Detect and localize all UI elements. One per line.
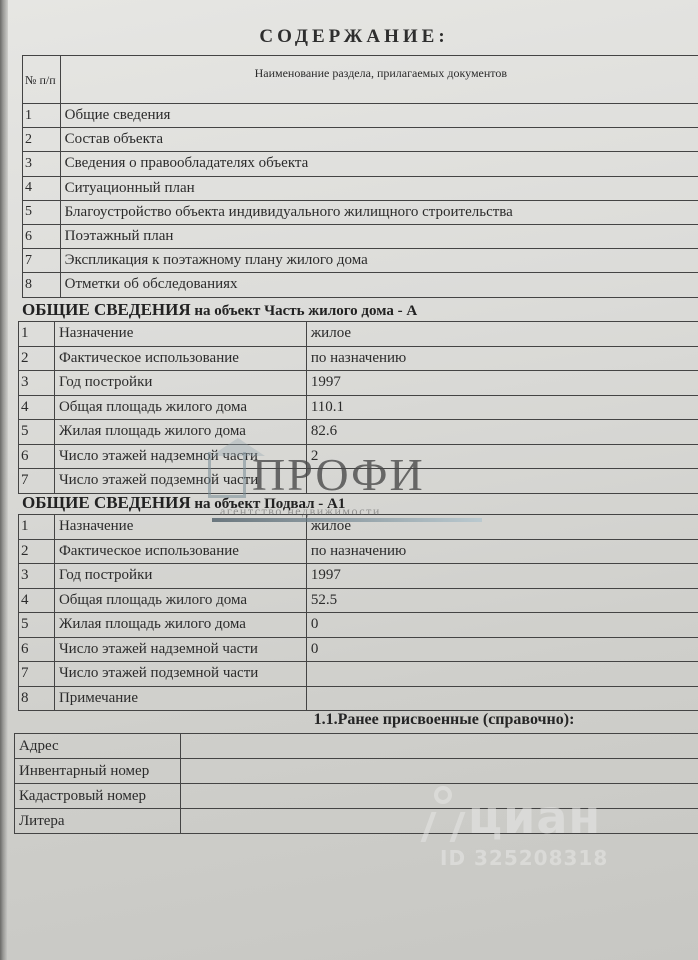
contents-header-name: Наименование раздела, прилагаемых докуме… [60,56,698,104]
row-label: Жилая площадь жилого дома [54,613,306,638]
section-a-row: 7 Число этажей подземной части [19,469,698,494]
contents-row: 1 Общие сведения [23,104,698,128]
section-a-row: 6 Число этажей надземной части 2 [19,444,698,469]
previously-assigned-row: Инвентарный номер [15,759,698,784]
contents-num: 7 [23,249,61,273]
contents-row: 2 Состав объекта [23,128,698,152]
row-value [306,469,698,494]
previously-assigned-row: Адрес [15,734,698,759]
row-num: 6 [19,637,55,662]
row-label: Общая площадь жилого дома [54,395,306,420]
contents-name: Ситуационный план [60,176,698,200]
row-num: 7 [19,469,55,494]
row-num: 1 [19,322,55,347]
page-left-edge [0,0,8,960]
contents-name: Состав объекта [60,128,698,152]
row-value [306,686,698,711]
row-label: Число этажей надземной части [54,637,306,662]
row-value: 0 [306,637,698,662]
section-a1-row: 7 Число этажей подземной части [19,662,698,687]
row-label: Назначение [54,515,306,540]
section-a-row: 5 Жилая площадь жилого дома 82.6 [19,420,698,445]
row-label: Кадастровый номер [15,784,181,809]
row-label: Жилая площадь жилого дома [54,420,306,445]
contents-num: 2 [23,128,61,152]
row-value: 1997 [306,371,698,396]
row-label: Число этажей подземной части [54,662,306,687]
row-num: 6 [19,444,55,469]
row-num: 4 [19,395,55,420]
section-a1-row: 8 Примечание [19,686,698,711]
contents-row: 6 Поэтажный план [23,224,698,248]
row-num: 8 [19,686,55,711]
contents-row: 5 Благоустройство объекта индивидуальног… [23,200,698,224]
contents-row: 8 Отметки об обследованиях [23,273,698,297]
document-title: СОДЕРЖАНИЕ: [10,26,698,48]
contents-header-row: № п/п Наименование раздела, прилагаемых … [23,56,698,104]
contents-row: 3 Сведения о правообладателях объекта [23,152,698,176]
row-label: Адрес [15,734,181,759]
row-value: 2 [306,444,698,469]
document-page: СОДЕРЖАНИЕ: № п/п Наименование раздела, … [10,0,698,960]
row-value [181,734,698,759]
row-label: Год постройки [54,564,306,589]
row-value: 1997 [306,564,698,589]
contents-name: Экспликация к поэтажному плану жилого до… [60,249,698,273]
contents-num: 6 [23,224,61,248]
row-value: по назначению [306,539,698,564]
section-a-table: 1 Назначение жилое 2 Фактическое использ… [18,321,698,494]
row-label: Фактическое использование [54,346,306,371]
row-label: Год постройки [54,371,306,396]
section-a1-table: 1 Назначение жилое 2 Фактическое использ… [18,514,698,711]
row-num: 2 [19,346,55,371]
contents-name: Отметки об обследованиях [60,273,698,297]
row-value: 52.5 [306,588,698,613]
contents-name: Сведения о правообладателях объекта [60,152,698,176]
section-a1-title-bold: ОБЩИЕ СВЕДЕНИЯ [22,493,191,512]
section-a1-row: 6 Число этажей надземной части 0 [19,637,698,662]
row-num: 5 [19,613,55,638]
row-value: 110.1 [306,395,698,420]
contents-num: 8 [23,273,61,297]
row-value [181,759,698,784]
section-a-title: ОБЩИЕ СВЕДЕНИЯ на объект Часть жилого до… [22,300,417,320]
row-value: 82.6 [306,420,698,445]
section-a-row: 3 Год постройки 1997 [19,371,698,396]
row-label: Общая площадь жилого дома [54,588,306,613]
section-a1-row: 1 Назначение жилое [19,515,698,540]
contents-name: Благоустройство объекта индивидуального … [60,200,698,224]
row-label: Число этажей надземной части [54,444,306,469]
section-a1-row: 3 Год постройки 1997 [19,564,698,589]
row-label: Фактическое использование [54,539,306,564]
contents-num: 4 [23,176,61,200]
contents-header-num: № п/п [23,56,61,104]
section-a1-title: ОБЩИЕ СВЕДЕНИЯ на объект Подвал - А1 [22,493,345,513]
row-label: Назначение [54,322,306,347]
contents-name: Общие сведения [60,104,698,128]
row-num: 7 [19,662,55,687]
row-value: 0 [306,613,698,638]
row-num: 4 [19,588,55,613]
row-num: 2 [19,539,55,564]
section-a-row: 2 Фактическое использование по назначени… [19,346,698,371]
row-value: жилое [306,322,698,347]
row-num: 5 [19,420,55,445]
row-num: 3 [19,564,55,589]
section-a-title-rest: на объект Часть жилого дома - А [191,303,418,319]
section-a1-row: 2 Фактическое использование по назначени… [19,539,698,564]
section-a1-row: 5 Жилая площадь жилого дома 0 [19,613,698,638]
row-value: жилое [306,515,698,540]
previously-assigned-table: Адрес Инвентарный номер Кадастровый номе… [14,733,698,834]
previously-assigned-row: Литера [15,809,698,834]
section-a-row: 1 Назначение жилое [19,322,698,347]
row-label: Число этажей подземной части [54,469,306,494]
section-a1-row: 4 Общая площадь жилого дома 52.5 [19,588,698,613]
contents-name: Поэтажный план [60,224,698,248]
previously-assigned-title: 1.1.Ранее присвоенные (справочно): [10,711,698,729]
contents-table: № п/п Наименование раздела, прилагаемых … [22,55,698,298]
section-a-title-bold: ОБЩИЕ СВЕДЕНИЯ [22,300,191,319]
row-value [181,784,698,809]
previously-assigned-row: Кадастровый номер [15,784,698,809]
contents-row: 4 Ситуационный план [23,176,698,200]
contents-num: 1 [23,104,61,128]
row-label: Инвентарный номер [15,759,181,784]
section-a1-title-rest: на объект Подвал - А1 [191,496,346,512]
contents-num: 5 [23,200,61,224]
contents-num: 3 [23,152,61,176]
row-num: 1 [19,515,55,540]
row-value [306,662,698,687]
contents-row: 7 Экспликация к поэтажному плану жилого … [23,249,698,273]
section-a-row: 4 Общая площадь жилого дома 110.1 [19,395,698,420]
row-label: Примечание [54,686,306,711]
row-value: по назначению [306,346,698,371]
row-label: Литера [15,809,181,834]
row-num: 3 [19,371,55,396]
row-value [181,809,698,834]
